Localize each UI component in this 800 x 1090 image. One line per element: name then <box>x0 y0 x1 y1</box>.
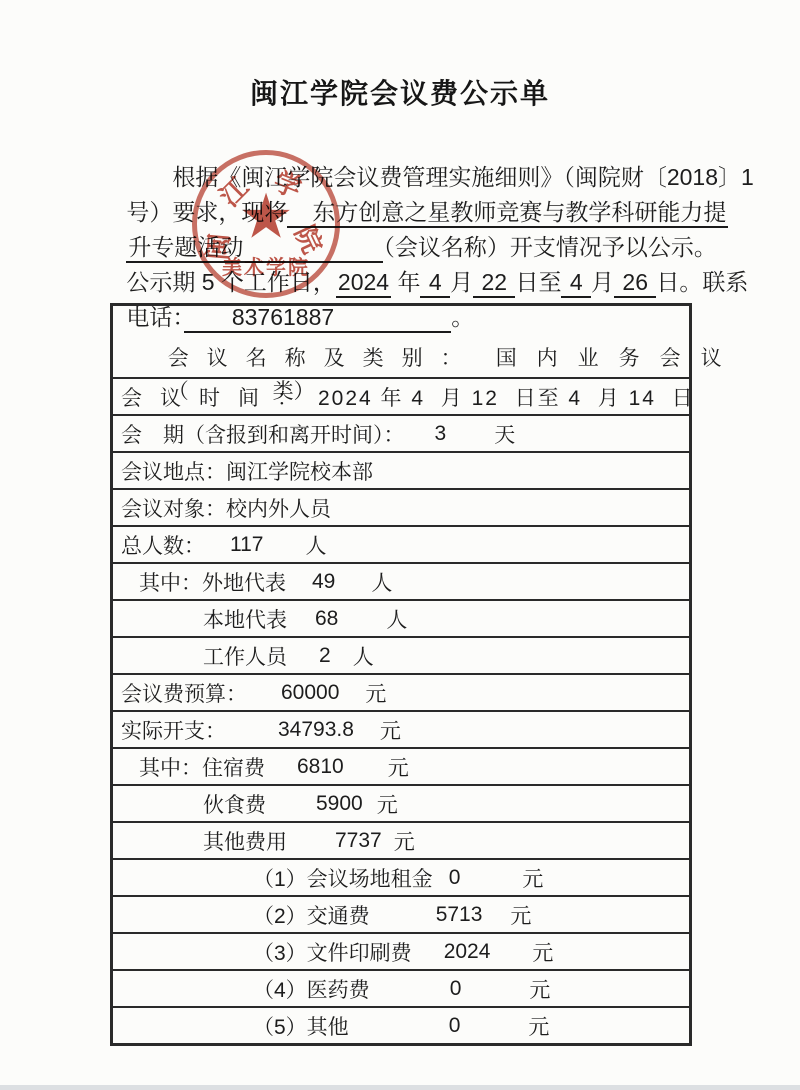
row-unit: 人 <box>353 641 374 671</box>
row-line: 会议名称及类别：国内业务会议 <box>121 309 689 342</box>
row-value: 3 <box>435 422 447 446</box>
row-label: （5）其他 <box>253 1011 349 1041</box>
row-label: 伙食费 <box>203 789 266 819</box>
row-label: 工作人员 <box>203 641 287 671</box>
notice-text: 日至 <box>515 269 561 295</box>
scan-edge-shadow <box>0 1085 800 1090</box>
row-value: 49 <box>312 570 335 594</box>
row-label: 本地代表 <box>203 604 287 634</box>
notice-paragraph: 根据《闽江学院会议费管理实施细则》（闽院财〔2018〕1 号）要求，现将 东方创… <box>88 125 694 300</box>
filled-blank-day: 22 <box>473 269 515 298</box>
row-value: 0 <box>449 1014 461 1038</box>
row-unit: 人 <box>371 567 392 597</box>
row-label: 会议地点：闽江学院校本部 <box>121 456 373 486</box>
filled-blank-day: 26 <box>614 269 656 298</box>
table-row-nonlocal-reps: 其中：外地代表49人 <box>113 562 689 599</box>
notice-line: 根据《闽江学院会议费管理实施细则》（闽院财〔2018〕1 <box>88 125 694 160</box>
notice-text: 根据《闽江学院会议费管理实施细则》（闽院财〔2018〕1 <box>172 164 753 190</box>
filled-blank-month: 4 <box>561 269 591 298</box>
row-unit: 元 <box>532 937 553 967</box>
table-row-venue-rental: （1）会议场地租金0元 <box>113 858 689 895</box>
notice-text: （会议名称）开支情况予以公示。 <box>383 234 717 260</box>
row-line: （ 类） <box>121 342 689 375</box>
filled-blank-meeting-name: 升专题活动 <box>126 234 383 263</box>
table-row-actual-spend: 实际开支：34793.8元 <box>113 710 689 747</box>
row-label: 会议对象：校内外人员 <box>121 493 331 523</box>
table-row-meeting-name-category: 会议名称及类别：国内业务会议 （ 类） <box>113 306 689 377</box>
row-unit: 元 <box>529 974 550 1004</box>
row-unit: 天 <box>494 419 515 449</box>
row-value: 60000 <box>281 681 339 705</box>
row-unit: 人 <box>386 604 407 634</box>
notice-text: 日。联系 <box>656 269 748 295</box>
table-row-meeting-time: 会议时间：2024 年 4 月 12 日至 4 月 14 日 <box>113 377 689 414</box>
row-label: （3）文件印刷费 <box>253 937 412 967</box>
document-page: 闽江学院会议费公示单 根据《闽江学院会议费管理实施细则》（闽院财〔2018〕1 … <box>0 0 800 1090</box>
row-value: 2 <box>319 644 331 668</box>
table-row-staff: 工作人员2人 <box>113 636 689 673</box>
row-label: 总人数： <box>121 530 205 560</box>
row-label: 会议费预算： <box>121 678 247 708</box>
row-unit: 元 <box>528 1011 549 1041</box>
table-row-location: 会议地点：闽江学院校本部 <box>113 451 689 488</box>
row-unit: 元 <box>522 863 543 893</box>
row-label: 其中：住宿费 <box>139 752 265 782</box>
table-row-lodging-fee: 其中：住宿费6810元 <box>113 747 689 784</box>
row-unit: 元 <box>380 715 401 745</box>
notice-text: 月 <box>591 269 614 295</box>
notice-text: 月 <box>450 269 473 295</box>
row-unit: 元 <box>510 900 531 930</box>
table-row-printing-fee: （3）文件印刷费2024元 <box>113 932 689 969</box>
row-unit: 人 <box>305 530 326 560</box>
row-label: 会 期（含报到和离开时间）： <box>121 419 405 449</box>
table-row-local-reps: 本地代表68人 <box>113 599 689 636</box>
row-unit: 元 <box>377 789 398 819</box>
row-label: 会议时间： <box>121 382 316 412</box>
row-unit: 元 <box>365 678 386 708</box>
row-label: 实际开支： <box>121 715 226 745</box>
row-value: 2024 <box>444 940 491 964</box>
filled-blank-year: 2024 <box>336 269 391 298</box>
table-row-audience: 会议对象：校内外人员 <box>113 488 689 525</box>
row-unit: 元 <box>394 826 415 856</box>
row-value: 6810 <box>297 755 344 779</box>
table-row-meal-fee: 伙食费5900元 <box>113 784 689 821</box>
table-row-other-fees: 其他费用7737元 <box>113 821 689 858</box>
row-value: 7737 <box>335 829 382 853</box>
table-row-transport-fee: （2）交通费5713元 <box>113 895 689 932</box>
row-value: 34793.8 <box>278 718 354 742</box>
table-row-misc-fee: （5）其他0元 <box>113 1006 689 1043</box>
table-row-total-people: 总人数：117人 <box>113 525 689 562</box>
row-label: （2）交通费 <box>253 900 370 930</box>
row-label: 其他费用 <box>203 826 287 856</box>
row-value: 0 <box>450 977 462 1001</box>
row-value: 5713 <box>436 903 483 927</box>
row-value: 5900 <box>316 792 363 816</box>
table-row-medical-fee: （4）医药费0元 <box>113 969 689 1006</box>
row-label: 其中：外地代表 <box>139 567 286 597</box>
row-label: （1）会议场地租金 <box>253 863 433 893</box>
filled-blank-month: 4 <box>420 269 450 298</box>
page-title: 闽江学院会议费公示单 <box>0 72 800 112</box>
row-label: （4）医药费 <box>253 974 370 1004</box>
notice-text: 公示期 5 个工作日， <box>126 269 336 295</box>
fee-table: 会议名称及类别：国内业务会议 （ 类） 会议时间：2024 年 4 月 12 日… <box>110 303 692 1046</box>
row-value: 0 <box>449 866 461 890</box>
notice-text: 年 <box>391 269 420 295</box>
row-unit: 元 <box>388 752 409 782</box>
notice-text: 号）要求，现将 <box>126 199 287 225</box>
table-row-duration: 会 期（含报到和离开时间）：3天 <box>113 414 689 451</box>
row-value: 2024 年 4 月 12 日至 4 月 14 日 <box>318 382 695 412</box>
filled-blank-meeting-name: 东方创意之星教师竞赛与教学科研能力提 <box>287 199 728 228</box>
row-value: 68 <box>315 607 338 631</box>
row-value: 117 <box>230 533 263 557</box>
table-row-budget: 会议费预算：60000元 <box>113 673 689 710</box>
